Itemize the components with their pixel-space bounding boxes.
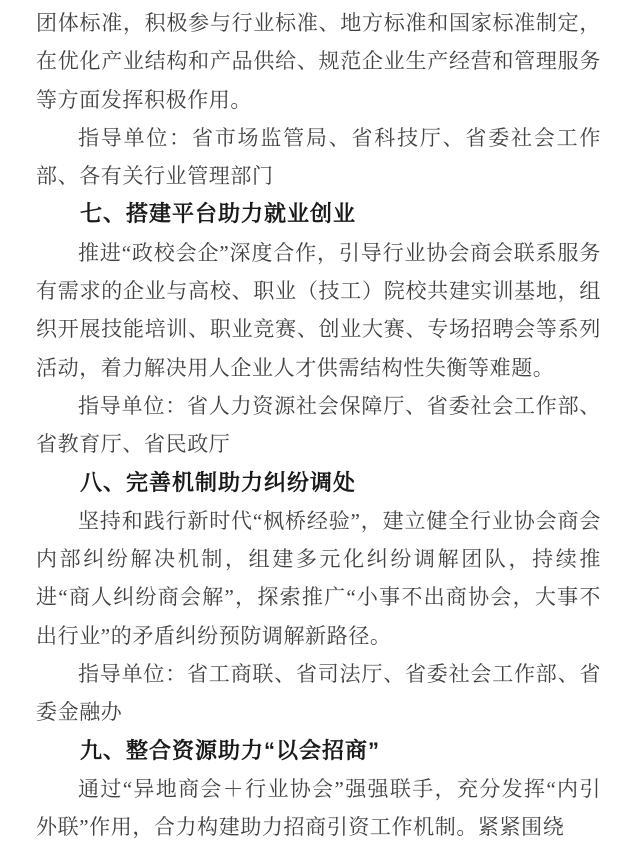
body-paragraph-section-7: 推进“政校会企”深度合作，引导行业协会商会联系服务有需求的企业与高校、职业（技工… — [36, 234, 601, 387]
guiding-units-paragraph-section-8: 指导单位：省工商联、省司法厅、省委社会工作部、省委金融办 — [36, 655, 601, 732]
body-paragraph-section-9: 通过“异地商会＋行业协会”强强联手，充分发挥“内引外联”作用，合力构建助力招商引… — [36, 770, 601, 847]
paragraph-standards-continuation: 团体标准，积极参与行业标准、地方标准和国家标准制定，在优化产业结构和产品供给、规… — [36, 4, 601, 119]
section-heading-9: 九、整合资源助力“以会招商” — [36, 732, 601, 770]
guiding-units-paragraph-section-6: 指导单位：省市场监管局、省科技厅、省委社会工作部、各有关行业管理部门 — [36, 119, 601, 196]
guiding-units-paragraph-section-7: 指导单位：省人力资源社会保障厅、省委社会工作部、省教育厅、省民政厅 — [36, 387, 601, 464]
section-heading-7: 七、搭建平台助力就业创业 — [36, 195, 601, 233]
document-page: 团体标准，积极参与行业标准、地方标准和国家标准制定，在优化产业结构和产品供给、规… — [0, 0, 621, 852]
section-heading-8: 八、完善机制助力纠纷调处 — [36, 464, 601, 502]
body-paragraph-section-8: 坚持和践行新时代“枫桥经验”，建立健全行业协会商会内部纠纷解决机制，组建多元化纠… — [36, 502, 601, 655]
